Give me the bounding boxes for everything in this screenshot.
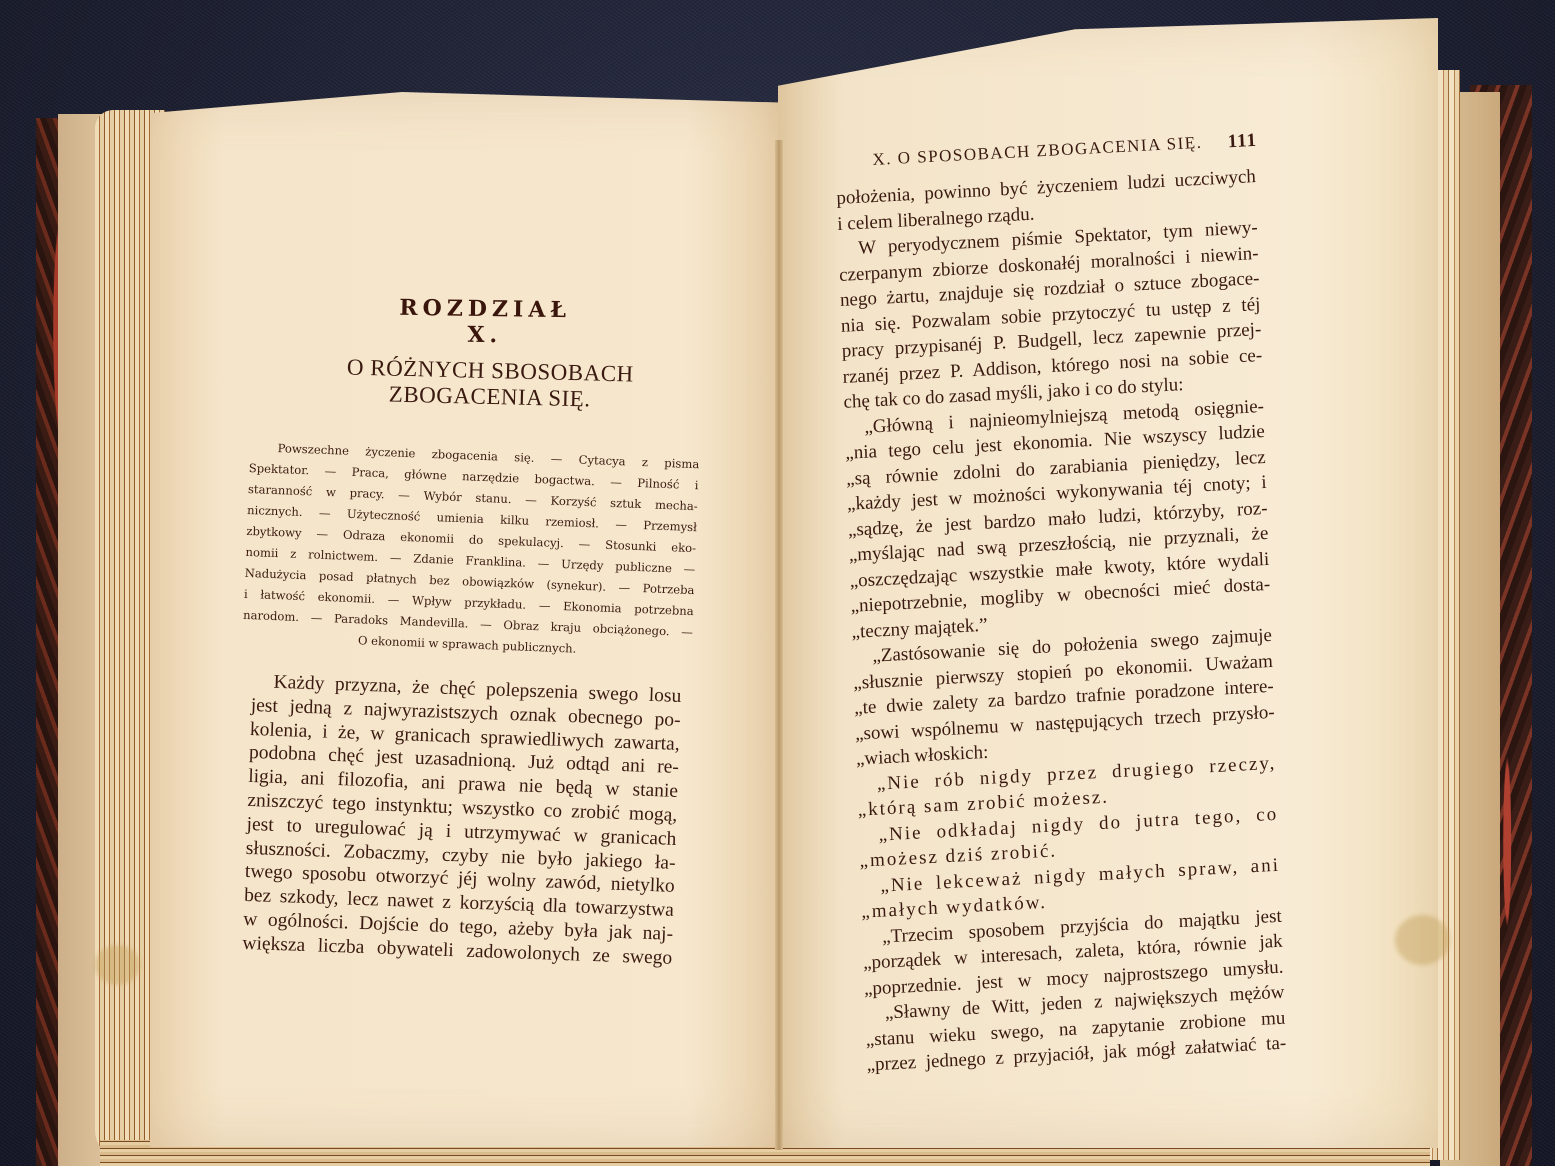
foxing-stain xyxy=(1395,915,1450,965)
page-number: 111 xyxy=(1227,130,1258,154)
left-page-body: Każdy przyzna, że chęć polepszenia swego… xyxy=(242,670,682,970)
foxing-stain xyxy=(95,945,140,985)
chapter-summary: Powszechne życzenie zbogacenia się. — Cy… xyxy=(242,437,700,664)
right-page-body: położenia, powinno być życzeniem ludzi u… xyxy=(836,164,1287,1078)
open-book: ROZDZIAŁ X. O RÓŻNYCH SBOSOBACH ZBOGACEN… xyxy=(0,0,1555,1166)
chapter-subtitle: O RÓŻNYCH SBOSOBACH ZBOGACENIA SIĘ. xyxy=(269,353,710,416)
book-gutter xyxy=(775,140,783,1150)
chapter-title: ROZDZIAŁ X. xyxy=(390,295,581,350)
